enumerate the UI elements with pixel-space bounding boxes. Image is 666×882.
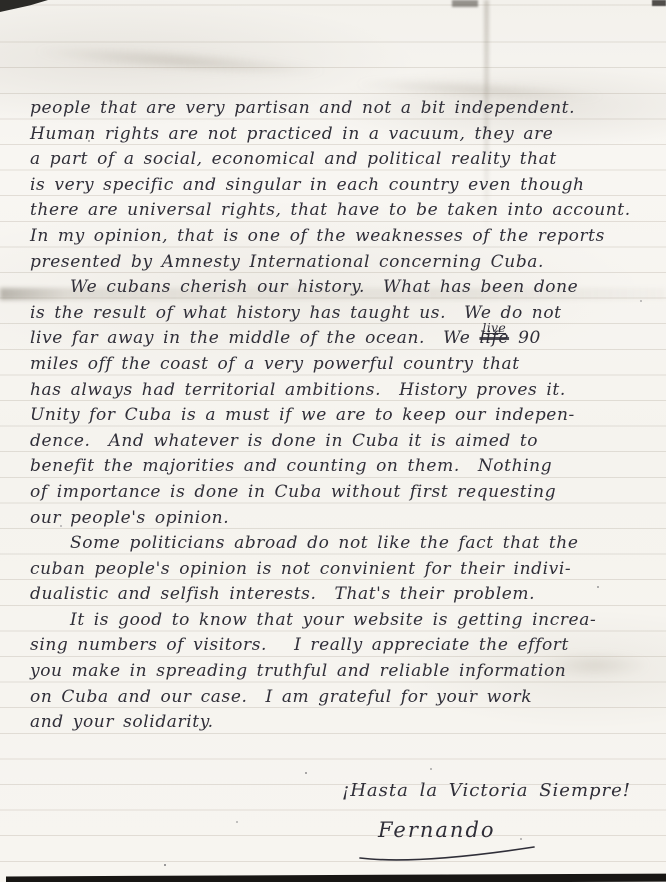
letter-line: Human rights are not practiced in a vacu… xyxy=(14,122,662,148)
scan-edge-mark-top-left xyxy=(0,0,50,12)
correction-post-text: 90 xyxy=(509,328,541,348)
correction-pre-text: live far away in the middle of the ocean… xyxy=(30,328,479,348)
letter-line: presented by Amnesty International conce… xyxy=(14,250,662,276)
letter-line: our people's opinion. xyxy=(14,506,662,532)
inserted-word-above: live xyxy=(482,315,506,341)
scan-edge-smudge-top xyxy=(452,0,478,7)
closing-salutation: ¡Hasta la Victoria Siempre! xyxy=(342,780,631,801)
scan-edge-mark-top-right xyxy=(652,0,666,6)
letter-line: cuban people's opinion is not convinient… xyxy=(14,557,662,583)
signature-underline-flourish xyxy=(352,844,542,864)
letter-line: people that are very partisan and not a … xyxy=(14,96,662,122)
letter-line: sing numbers of visitors. I really appre… xyxy=(14,633,662,659)
scan-edge-bar-bottom xyxy=(6,874,666,882)
letter-line: is the result of what history has taught… xyxy=(14,301,662,327)
scanned-letter-page: people that are very partisan and not a … xyxy=(0,0,666,882)
letter-body: people that are very partisan and not a … xyxy=(14,96,662,736)
letter-line: We cubans cherish our history. What has … xyxy=(14,275,662,301)
letter-line: miles off the coast of a very powerful c… xyxy=(14,352,662,378)
letter-line: It is good to know that your website is … xyxy=(14,608,662,634)
letter-line: you make in spreading truthful and relia… xyxy=(14,659,662,685)
letter-line: on Cuba and our case. I am grateful for … xyxy=(14,685,662,711)
letter-line: dence. And whatever is done in Cuba it i… xyxy=(14,429,662,455)
letter-line: benefit the majorities and counting on t… xyxy=(14,454,662,480)
letter-line: a part of a social, economical and polit… xyxy=(14,147,662,173)
letter-line: Some politicians abroad do not like the … xyxy=(14,531,662,557)
letter-line: there are universal rights, that have to… xyxy=(14,198,662,224)
paper-crease xyxy=(0,33,390,88)
letter-line: In my opinion, that is one of the weakne… xyxy=(14,224,662,250)
signature: Fernando xyxy=(378,818,496,842)
struck-word: livelife xyxy=(479,328,509,348)
paper-specks xyxy=(0,0,2,2)
letter-line: and your solidarity. xyxy=(14,710,662,736)
letter-line: dualistic and selfish interests. That's … xyxy=(14,582,662,608)
letter-line: Unity for Cuba is a must if we are to ke… xyxy=(14,403,662,429)
letter-line-with-correction: live far away in the middle of the ocean… xyxy=(14,326,662,352)
letter-line: of importance is done in Cuba without fi… xyxy=(14,480,662,506)
letter-line: is very specific and singular in each co… xyxy=(14,173,662,199)
letter-line: has always had territorial ambitions. Hi… xyxy=(14,378,662,404)
